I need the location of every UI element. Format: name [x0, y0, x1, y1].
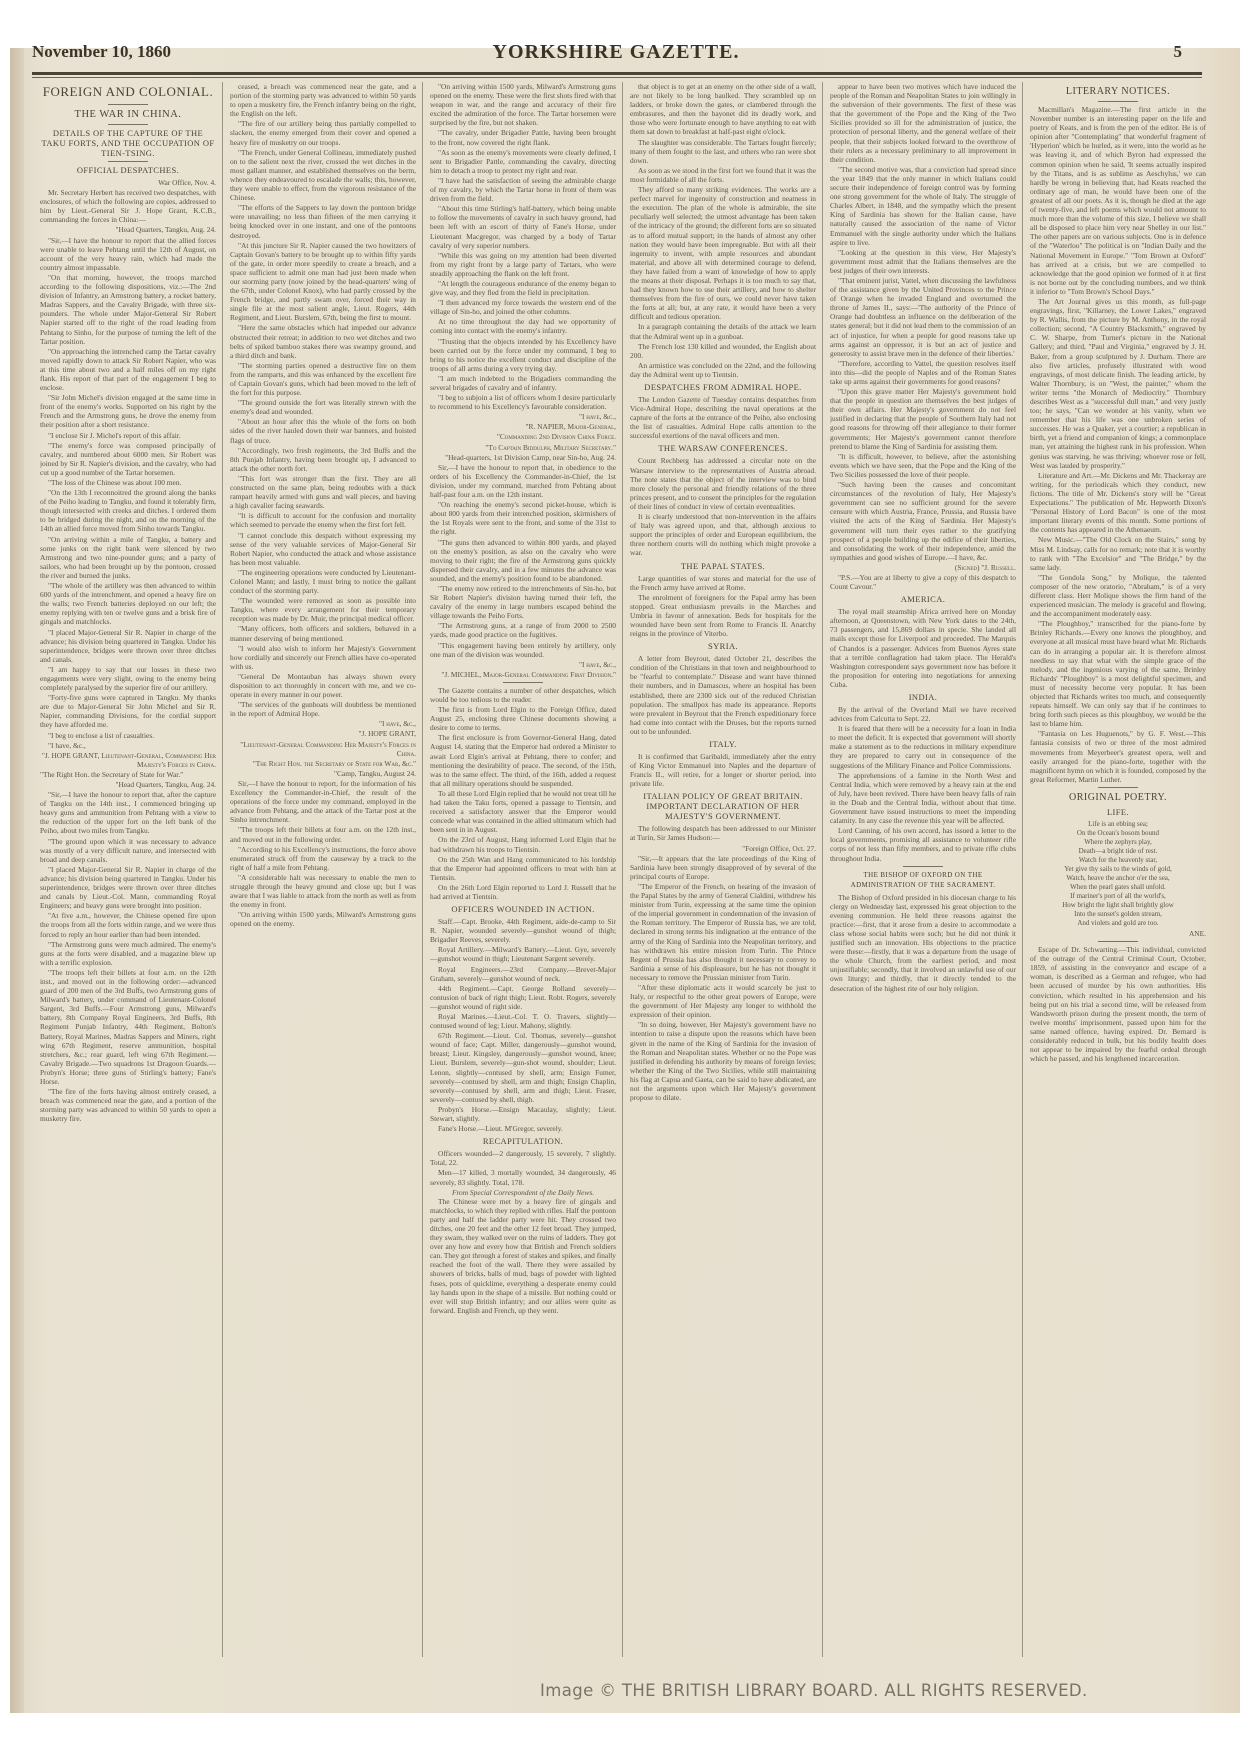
despatches-heading: DESPATCHES FROM ADMIRAL HOPE.: [630, 382, 816, 392]
section-heading: FOREIGN AND COLONIAL.: [40, 84, 216, 100]
italy-heading: ITALY.: [630, 739, 816, 749]
poem-line: How bright the light shall brightly glow: [1030, 901, 1206, 910]
paragraph: "The wounded were removed as soon as pos…: [230, 596, 416, 623]
paragraph: "Here the same obstacles which had imped…: [230, 323, 416, 359]
official-despatches-heading: OFFICIAL DESPATCHES.: [40, 165, 216, 175]
column-divider: [422, 82, 423, 1657]
paragraph: "Forty-five guns were captured in Tangku…: [40, 693, 216, 729]
recap-heading: RECAPITULATION.: [430, 1136, 616, 1146]
paragraph: "The enemy's force was composed principa…: [40, 441, 216, 477]
signature-line: "I have, &c.,: [230, 719, 416, 728]
paragraph: appear to have been two motives which ha…: [830, 82, 1016, 164]
newspaper-title: YORKSHIRE GAZETTE.: [493, 41, 740, 64]
column-2: ceased, a breach was commenced near the …: [230, 82, 416, 1657]
signature: "J. HOPE GRANT, Lieutenant-General, Comm…: [40, 751, 216, 769]
paragraph: At no time throughout the day had we opp…: [430, 317, 616, 335]
paragraph: "The fire of the forts having almost ent…: [40, 1087, 216, 1123]
signature-line: "I have, &c.,: [430, 412, 616, 421]
poem-line: Watch for the heavenly star,: [1030, 856, 1206, 865]
paragraph: "The enemy now retired to the intrenchme…: [430, 584, 616, 620]
paragraph: "The guns then advanced to within 800 ya…: [430, 538, 616, 583]
paragraph: "Therefore, according to Vattel, the que…: [830, 359, 1016, 386]
paragraph: "The storming parties opened a destructi…: [230, 361, 416, 397]
column-1: FOREIGN AND COLONIAL. THE WAR IN CHINA. …: [40, 82, 216, 1657]
paragraph: Mr. Secretary Herbert has received two d…: [40, 188, 216, 224]
paragraph: "I cannot conclude this despatch without…: [230, 531, 416, 567]
paragraph: "The services of the gunboats will doubt…: [230, 700, 416, 718]
paragraph: "General De Montauban has always shown e…: [230, 672, 416, 699]
poem-line: When the pearl gates shall unfold.: [1030, 883, 1206, 892]
column-divider: [222, 82, 223, 1657]
paragraph: Royal Marines.—Lieut.-Col. T. O. Travers…: [430, 1012, 616, 1030]
poetry-heading: ORIGINAL POETRY.: [1030, 791, 1206, 804]
paragraph: "Sir,—I have the honour to report that t…: [40, 236, 216, 272]
paragraph: The first enclosure is from Governor-Gen…: [430, 733, 616, 788]
paragraph: Fane's Horse.—Lieut. M'Gregor, severely.: [430, 1124, 616, 1133]
column-5: appear to have been two motives which ha…: [830, 82, 1016, 1657]
poem-signature: ANE.: [1030, 929, 1206, 938]
addressee: "The Right Hon. the Secretary of State f…: [40, 770, 216, 779]
column-4: that object is to get at an enemy on the…: [630, 82, 816, 1657]
paragraph: "Looking at the question in this view, H…: [830, 248, 1016, 275]
paragraph: "I am happy to say that our losses in th…: [40, 665, 216, 692]
paragraph: Lord Canning, of his own accord, has iss…: [830, 826, 1016, 862]
paragraph: "That eminent jurist, Vattel, when discu…: [830, 276, 1016, 358]
paragraph: The London Gazette of Tuesday contains d…: [630, 395, 816, 440]
paragraph: "On arriving within 1500 yards, Milward'…: [230, 910, 416, 928]
paragraph: "On reaching the enemy's second picket-h…: [430, 500, 616, 536]
paragraph: "I placed Major-General Sir R. Napier in…: [40, 865, 216, 910]
paragraph: 44th Regiment.—Capt. George Rolland seve…: [430, 984, 616, 1011]
poem-line: Yet give thy sails to the winds of gold,: [1030, 865, 1206, 874]
paragraph: 67th Regiment.—Lieut. Col. Thomas, sever…: [430, 1031, 616, 1104]
paragraph: On the 23rd of August, Hang informed Lor…: [430, 835, 616, 853]
paragraph: "The whole of the artillery was then adv…: [40, 581, 216, 626]
column-divider: [822, 82, 823, 1657]
paragraph: "The troops left their billets at four a…: [40, 968, 216, 1086]
bishop-heading: THE BISHOP OF OXFORD ON THE ADMINISTRATI…: [830, 870, 1016, 890]
signature-line: "Lieutenant-General Commanding Her Majes…: [230, 740, 416, 758]
poem-line: And violets and gold are too.: [1030, 919, 1206, 928]
paragraph: "I then advanced my force towards the we…: [430, 298, 616, 316]
paragraph: "The Emperor of the French, on hearing o…: [630, 882, 816, 982]
paragraph: Sir,—I have the honour to report, for th…: [230, 779, 416, 824]
italian-policy-heading: ITALIAN POLICY OF GREAT BRITAIN. IMPORTA…: [630, 791, 816, 821]
paragraph: "I beg to subjoin a list of officers who…: [430, 393, 616, 411]
paragraph: "The Armstrong guns were much admired. T…: [40, 940, 216, 967]
article-subheading: DETAILS OF THE CAPTURE OF THE TAKU FORTS…: [40, 128, 216, 158]
paragraph: "The Gondola Song," by Molique, the tale…: [1030, 573, 1206, 618]
signature-line: "The Right Hon. the Secretary of State f…: [230, 759, 416, 768]
paragraph: "I have, &c.,: [40, 741, 216, 750]
paragraph: "As soon as the enemy's movements were c…: [430, 148, 616, 175]
paragraph: "The ground upon which it was necessary …: [40, 837, 216, 864]
signature-line: "I have, &c.,: [430, 660, 616, 669]
divider: [108, 124, 148, 125]
dateline: "Camp, Tangku, August 24.: [230, 769, 416, 778]
paragraph: "Fantasia on Les Huguenots," by G. F. We…: [1030, 729, 1206, 784]
divider: [503, 682, 543, 683]
signature-line: "R. NAPIER, Major-General,: [430, 422, 616, 431]
paragraph: The Bishop of Oxford presided in his dio…: [830, 893, 1016, 993]
paragraph: The French lost 130 killed and wounded, …: [630, 342, 816, 360]
dateline: "Head Quarters, Tangku, Aug. 24.: [40, 225, 216, 234]
paragraph: It is feared that there will be a necess…: [830, 724, 1016, 769]
america-heading: AMERICA.: [830, 594, 1016, 604]
paragraph: "The cavalry, under Brigadier Pattle, ha…: [430, 128, 616, 146]
poem-line: Watch, heave the anchor o'er the sea,: [1030, 874, 1206, 883]
paragraph: "According to his Excellency's instructi…: [230, 845, 416, 872]
divider: [108, 161, 148, 162]
paragraph: "The efforts of the Sappers to lay down …: [230, 203, 416, 239]
paragraph: "About this time Stirling's half-battery…: [430, 204, 616, 249]
column-divider: [1022, 82, 1023, 1657]
paragraph: Escape of Dr. Schwarting.—This individua…: [1030, 945, 1206, 1063]
warsaw-heading: THE WARSAW CONFERENCES.: [630, 443, 816, 453]
paragraph: By the arrival of the Overland Mail we h…: [830, 705, 1016, 723]
correspondent-heading: From Special Correspondent of the Daily …: [430, 1188, 616, 1197]
paragraph: "At five a.m., however, the Chinese open…: [40, 911, 216, 938]
paragraph: On the 26th Lord Elgin reported to Lord …: [430, 883, 616, 901]
paragraph: Count Rechberg has addressed a circular …: [630, 456, 816, 511]
poem-line: Into the sunset's golden stream,: [1030, 910, 1206, 919]
dateline: "Foreign Office, Oct. 27.: [630, 844, 816, 853]
paragraph: "It is difficult to account for the conf…: [230, 511, 416, 529]
syria-heading: SYRIA.: [630, 641, 816, 651]
masthead-rule: [32, 72, 1202, 75]
masthead: November 10, 1860 YORKSHIRE GAZETTE. 5: [32, 42, 1200, 68]
paragraph: "Such having been the causes and concomi…: [830, 480, 1016, 562]
paragraph: "P.S.—You are at liberty to give a copy …: [830, 573, 1016, 591]
paragraph: Probyn's Horse.—Ensign Macaulay, slightl…: [430, 1105, 616, 1123]
signature-line: "J. HOPE GRANT,: [230, 729, 416, 738]
paragraph: "I placed Major-General Sir R. Napier in…: [40, 628, 216, 664]
poem-line: If mariner's port of all the world's,: [1030, 892, 1206, 901]
paragraph: "It is difficult, however, to believe, a…: [830, 452, 1016, 479]
paragraph: "The Armstrong guns, at a range of from …: [430, 621, 616, 639]
paragraph: "Accordingly, two fresh regiments, the 3…: [230, 446, 416, 473]
paragraph: "On that morning, however, the troops ma…: [40, 273, 216, 346]
paragraph: "I enclose Sir J. Michel's report of thi…: [40, 431, 216, 440]
paragraph: "The troops left their billets at four a…: [230, 825, 416, 843]
paragraph: Sir,—I have the honour to report that, i…: [430, 463, 616, 499]
poem-line: On the Ocean's bosom bound: [1030, 829, 1206, 838]
paragraph: "On approaching the intrenched camp the …: [40, 347, 216, 392]
poem-line: Death—a bright tide of rest.: [1030, 847, 1206, 856]
paragraph: "Sir,—It appears that the late proceedin…: [630, 854, 816, 881]
paragraph: "The engineering operations were conduct…: [230, 568, 416, 595]
paragraph: A letter from Beyrout, dated October 21,…: [630, 654, 816, 736]
paragraph: The slaughter was considerable. The Tart…: [630, 138, 816, 165]
paragraph: The following despatch has been addresse…: [630, 824, 816, 842]
paragraph: "This fort was stronger than the first. …: [230, 474, 416, 510]
paragraph: Royal Artillery.—Milward's Battery.—Lieu…: [430, 945, 616, 963]
paragraph: On the 25th Wan and Hang communicated to…: [430, 855, 616, 882]
paragraph: "A considerable halt was necessary to en…: [230, 873, 416, 909]
paragraph: Macmillan's Magazine.—The first article …: [1030, 105, 1206, 296]
paragraph: "On arriving within a mile of Tangku, a …: [40, 535, 216, 580]
paragraph: Staff.—Capt. Brooke, 44th Regiment, aide…: [430, 917, 616, 944]
literary-notices-heading: LITERARY NOTICES.: [1030, 85, 1206, 98]
paragraph: "Upon this grave matter Her Majesty's go…: [830, 387, 1016, 451]
paragraph: It is confirmed that Garibaldi, immediat…: [630, 752, 816, 788]
papal-states-heading: THE PAPAL STATES.: [630, 561, 816, 571]
paragraph: "I would also wish to inform her Majesty…: [230, 644, 416, 671]
paragraph: "At length the courageous endurance of t…: [430, 279, 616, 297]
article-heading: THE WAR IN CHINA.: [40, 108, 216, 121]
poem-title: LIFE.: [1030, 807, 1206, 817]
paragraph: The apprehensions of a famine in the Nor…: [830, 771, 1016, 826]
paragraph: Officers wounded—2 dangerously, 15 sever…: [430, 1149, 616, 1167]
paragraph: It is clearly understood that non-interv…: [630, 512, 816, 557]
paragraph: An armistice was concluded on the 22nd, …: [630, 361, 816, 379]
page-number: 5: [1174, 42, 1183, 62]
dateline: "Head Quarters, Tangku, Aug. 24.: [40, 780, 216, 789]
paragraph: "Sir John Michel's division engaged at t…: [40, 393, 216, 429]
issue-date: November 10, 1860: [32, 42, 171, 62]
column-6: LITERARY NOTICES. Macmillan's Magazine.—…: [1030, 82, 1206, 1657]
paragraph: As soon as we stood in the first fort we…: [630, 166, 816, 184]
paragraph: The Gazette contains a number of other d…: [430, 686, 616, 704]
paragraph: They afford so many striking evidences. …: [630, 185, 816, 321]
divider: [108, 104, 148, 105]
paragraph: Royal Engineers.—23rd Company.—Brevet-Ma…: [430, 965, 616, 983]
paragraph: that object is to get at an enemy on the…: [630, 82, 816, 137]
poem-line: Life is an ebbing sea;: [1030, 820, 1206, 829]
paragraph: "The second motive was, that a convictio…: [830, 165, 1016, 247]
paragraph: To all these Lord Elgin replied that he …: [430, 789, 616, 834]
paragraph: "The fire of our artillery being thus pa…: [230, 119, 416, 146]
casualties-heading: OFFICERS WOUNDED IN ACTION.: [430, 904, 616, 914]
paragraph: "Sir,—I have the honour to report that, …: [40, 790, 216, 835]
paragraph: The Chinese were met by a heavy fire of …: [430, 1197, 616, 1315]
paragraph: The royal mail steamship Africa arrived …: [830, 607, 1016, 689]
paragraph: "Many officers, both officers and soldie…: [230, 624, 416, 642]
paragraph: "This engagement having been entirely by…: [430, 641, 616, 659]
paragraph: "On arriving within 1500 yards, Milward'…: [430, 82, 616, 127]
paragraph: "I am much indebted to the Brigadiers co…: [430, 374, 616, 392]
paragraph: "The loss of the Chinese was about 100 m…: [40, 478, 216, 487]
signature-line: "J. MICHEL, Major-General Commanding Fir…: [430, 670, 616, 679]
paragraph: The Art Journal gives us this month, as …: [1030, 297, 1206, 470]
paragraph: "The Ploughboy," transcribed for the pia…: [1030, 619, 1206, 728]
paragraph: "The French, under General Collineau, im…: [230, 148, 416, 203]
paragraph: "I beg to enclose a list of casualties.: [40, 731, 216, 740]
divider: [1098, 101, 1138, 102]
paragraph: Men—17 killed, 3 mortally wounded, 34 da…: [430, 1168, 616, 1186]
paragraph: The enrolment of foreigners for the Papa…: [630, 593, 816, 638]
dateline: War Office, Nov. 4.: [40, 178, 216, 187]
paragraph: "After these diplomatic acts it would sc…: [630, 983, 816, 1019]
paragraph: "Trusting that the objects intended by h…: [430, 337, 616, 373]
signature: (Signed) "J. Russell.: [830, 563, 1016, 572]
column-divider: [622, 82, 623, 1657]
poem-line: Where the zephyrs play,: [1030, 838, 1206, 847]
paragraph: "About an hour after this the whole of t…: [230, 417, 416, 444]
paragraph: "In so doing, however, Her Majesty's gov…: [630, 1020, 816, 1102]
paragraph: "The ground outside the fort was literal…: [230, 398, 416, 416]
paragraph: The first is from Lord Elgin to the Fore…: [430, 705, 616, 732]
column-3: "On arriving within 1500 yards, Milward'…: [430, 82, 616, 1657]
india-heading: INDIA.: [830, 692, 1016, 702]
paragraph: "At this juncture Sir R. Napier caused t…: [230, 241, 416, 323]
paragraph: Large quantities of war stores and mater…: [630, 574, 816, 592]
masthead-rule-thin: [32, 77, 1202, 78]
divider: [1098, 787, 1138, 788]
paragraph: New Music.—"The Old Clock on the Stairs,…: [1030, 535, 1206, 571]
signature-line: "To Captain Biddulph, Military Secretary…: [430, 443, 616, 452]
signature-line: "Commanding 2nd Division China Force.: [430, 432, 616, 441]
paragraph: "While this was going on my attention ha…: [430, 251, 616, 278]
copyright-watermark: Image © THE BRITISH LIBRARY BOARD. ALL R…: [540, 1681, 1088, 1700]
paragraph: In a paragraph containing the details of…: [630, 322, 816, 340]
paragraph: ceased, a breach was commenced near the …: [230, 82, 416, 118]
paragraph: "I have had the satisfaction of seeing t…: [430, 176, 616, 203]
paragraph: Literature and Art.—Mr. Dickens and Mr. …: [1030, 471, 1206, 535]
divider: [903, 866, 943, 867]
dateline: "Head-quarters, 1st Division Camp, near …: [430, 453, 616, 462]
divider: [1098, 941, 1138, 942]
paragraph: "On the 13th I reconnoitred the ground a…: [40, 488, 216, 533]
